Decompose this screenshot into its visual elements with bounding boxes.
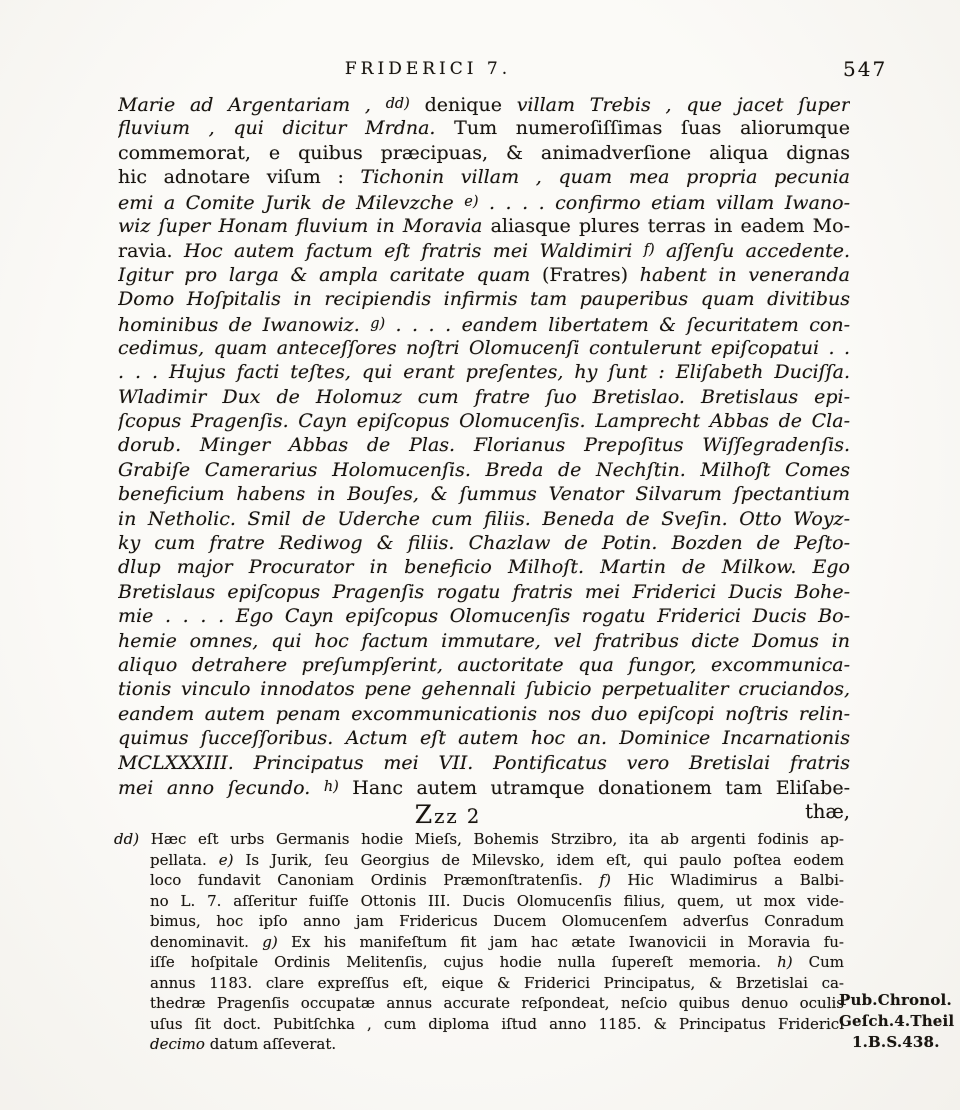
- text-line: tionis vinculo innodatos pene gehennali …: [118, 677, 850, 701]
- text-line: dlup major Procurator in beneficio Milho…: [118, 555, 850, 579]
- text-line: Igitur pro larga & ampla caritate quam (…: [118, 263, 850, 287]
- text-line: hic adnotare viſum : Tichonin villam , q…: [118, 165, 850, 189]
- main-text: Marie ad Argentariam , dd) denique villa…: [118, 92, 850, 799]
- text-line: . . . Hujus facti teſtes, qui erant preſ…: [118, 360, 850, 384]
- page-number: 547: [843, 57, 960, 81]
- text-line: ky cum fratre Rediwog & filiis. Chazlaw …: [118, 531, 850, 555]
- footnote-line: iſſe hoſpitale Ordinis Melitenſis, cujus…: [114, 952, 844, 973]
- text-line: wiz ſuper Honam fluvium in Moravia alias…: [118, 214, 850, 238]
- text-line: Wladimir Dux de Holomuz cum fratre ſuo B…: [118, 385, 850, 409]
- margin-note-line: Geſch.4.Theil: [839, 1011, 959, 1032]
- footnote-line: bimus, hoc ipſo anno jam Fridericus Duce…: [114, 911, 844, 932]
- text-line: mie . . . . Ego Cayn epiſcopus Olomucenſ…: [118, 604, 850, 628]
- text-line: ravia. Hoc autem factum eſt fratris mei …: [118, 238, 850, 262]
- page-title: FRIDERICI 7.: [118, 59, 738, 79]
- footnote-line: denominavit. g) Ex his manifeſtum fit ja…: [114, 932, 844, 953]
- text-line: hemie omnes, qui hoc factum immutare, ve…: [118, 629, 850, 653]
- footnote-line: annus 1183. clare expreſſus eſt, eique &…: [114, 973, 844, 994]
- running-head: FRIDERICI 7. 547: [118, 59, 850, 85]
- margin-note: Pub.Chronol. Geſch.4.Theil 1.B.S.438.: [839, 990, 959, 1053]
- text-line: ſcopus Pragenſis. Cayn epiſcopus Olomuce…: [118, 409, 850, 433]
- text-line: dorub. Minger Abbas de Plas. Florianus P…: [118, 433, 850, 457]
- text-line: Bretislaus epiſcopus Pragenſis rogatu fr…: [118, 580, 850, 604]
- footnote-line: uſus ſit doct. Pubitſchka , cum diploma …: [114, 1014, 844, 1035]
- text-line: quimus ſucceſſoribus. Actum eſt autem ho…: [118, 726, 850, 750]
- text-line: mei anno ſecundo. h) Hanc autem utramque…: [118, 775, 850, 799]
- text-line: emi a Comite Jurik de Milevzche e) . . .…: [118, 190, 850, 214]
- footnote-line: pellata. e) Is Jurik, ſeu Georgius de Mi…: [114, 850, 844, 871]
- margin-note-line: 1.B.S.438.: [839, 1032, 959, 1053]
- footnote-line: loco fundavit Canoniam Ordinis Præmonſtr…: [114, 870, 844, 891]
- footnote-line: no L. 7. aſſeritur fuiſſe Ottonis III. D…: [114, 891, 844, 912]
- text-line: Grabiſe Camerarius Holomucenſis. Breda d…: [118, 458, 850, 482]
- text-line: MCLXXXIII. Principatus mei VII. Pontific…: [118, 751, 850, 775]
- text-line: Domo Hoſpitalis in recipiendis infirmis …: [118, 287, 850, 311]
- footnote-block: dd) Hæc eſt urbs Germanis hodie Mieſs, B…: [114, 829, 844, 1055]
- text-line: eandem autem penam excommunicationis nos…: [118, 702, 850, 726]
- text-line: hominibus de Iwanowiz. g) . . . . eandem…: [118, 312, 850, 336]
- text-line: cedimus, quam anteceſſores noſtri Olomuc…: [118, 336, 850, 360]
- footnote-line: decimo datum aſſeverat.: [114, 1034, 844, 1055]
- book-page: FRIDERICI 7. 547 Marie ad Argentariam , …: [0, 0, 960, 1110]
- text-line: fluvium , qui dicitur Mrdna. Tum numeroſ…: [118, 116, 850, 140]
- signature-mark: Zzz 2: [118, 800, 778, 829]
- text-line: commemorat, e quibus præcipuas, & animad…: [118, 141, 850, 165]
- text-line: in Netholic. Smil de Uderche cum filiis.…: [118, 507, 850, 531]
- footnote-line: thedræ Pragenſis occupatæ annus accurate…: [114, 993, 844, 1014]
- text-line: beneficium habens in Bouſes, & ſummus Ve…: [118, 482, 850, 506]
- text-line: aliquo detrahere preſumpſerint, auctorit…: [118, 653, 850, 677]
- catchword: thæ,: [805, 800, 850, 823]
- text-line: Marie ad Argentariam , dd) denique villa…: [118, 92, 850, 116]
- margin-note-line: Pub.Chronol.: [839, 990, 959, 1011]
- catchword-line: Zzz 2 thæ,: [118, 800, 850, 826]
- footnote-line: dd) Hæc eſt urbs Germanis hodie Mieſs, B…: [114, 829, 844, 850]
